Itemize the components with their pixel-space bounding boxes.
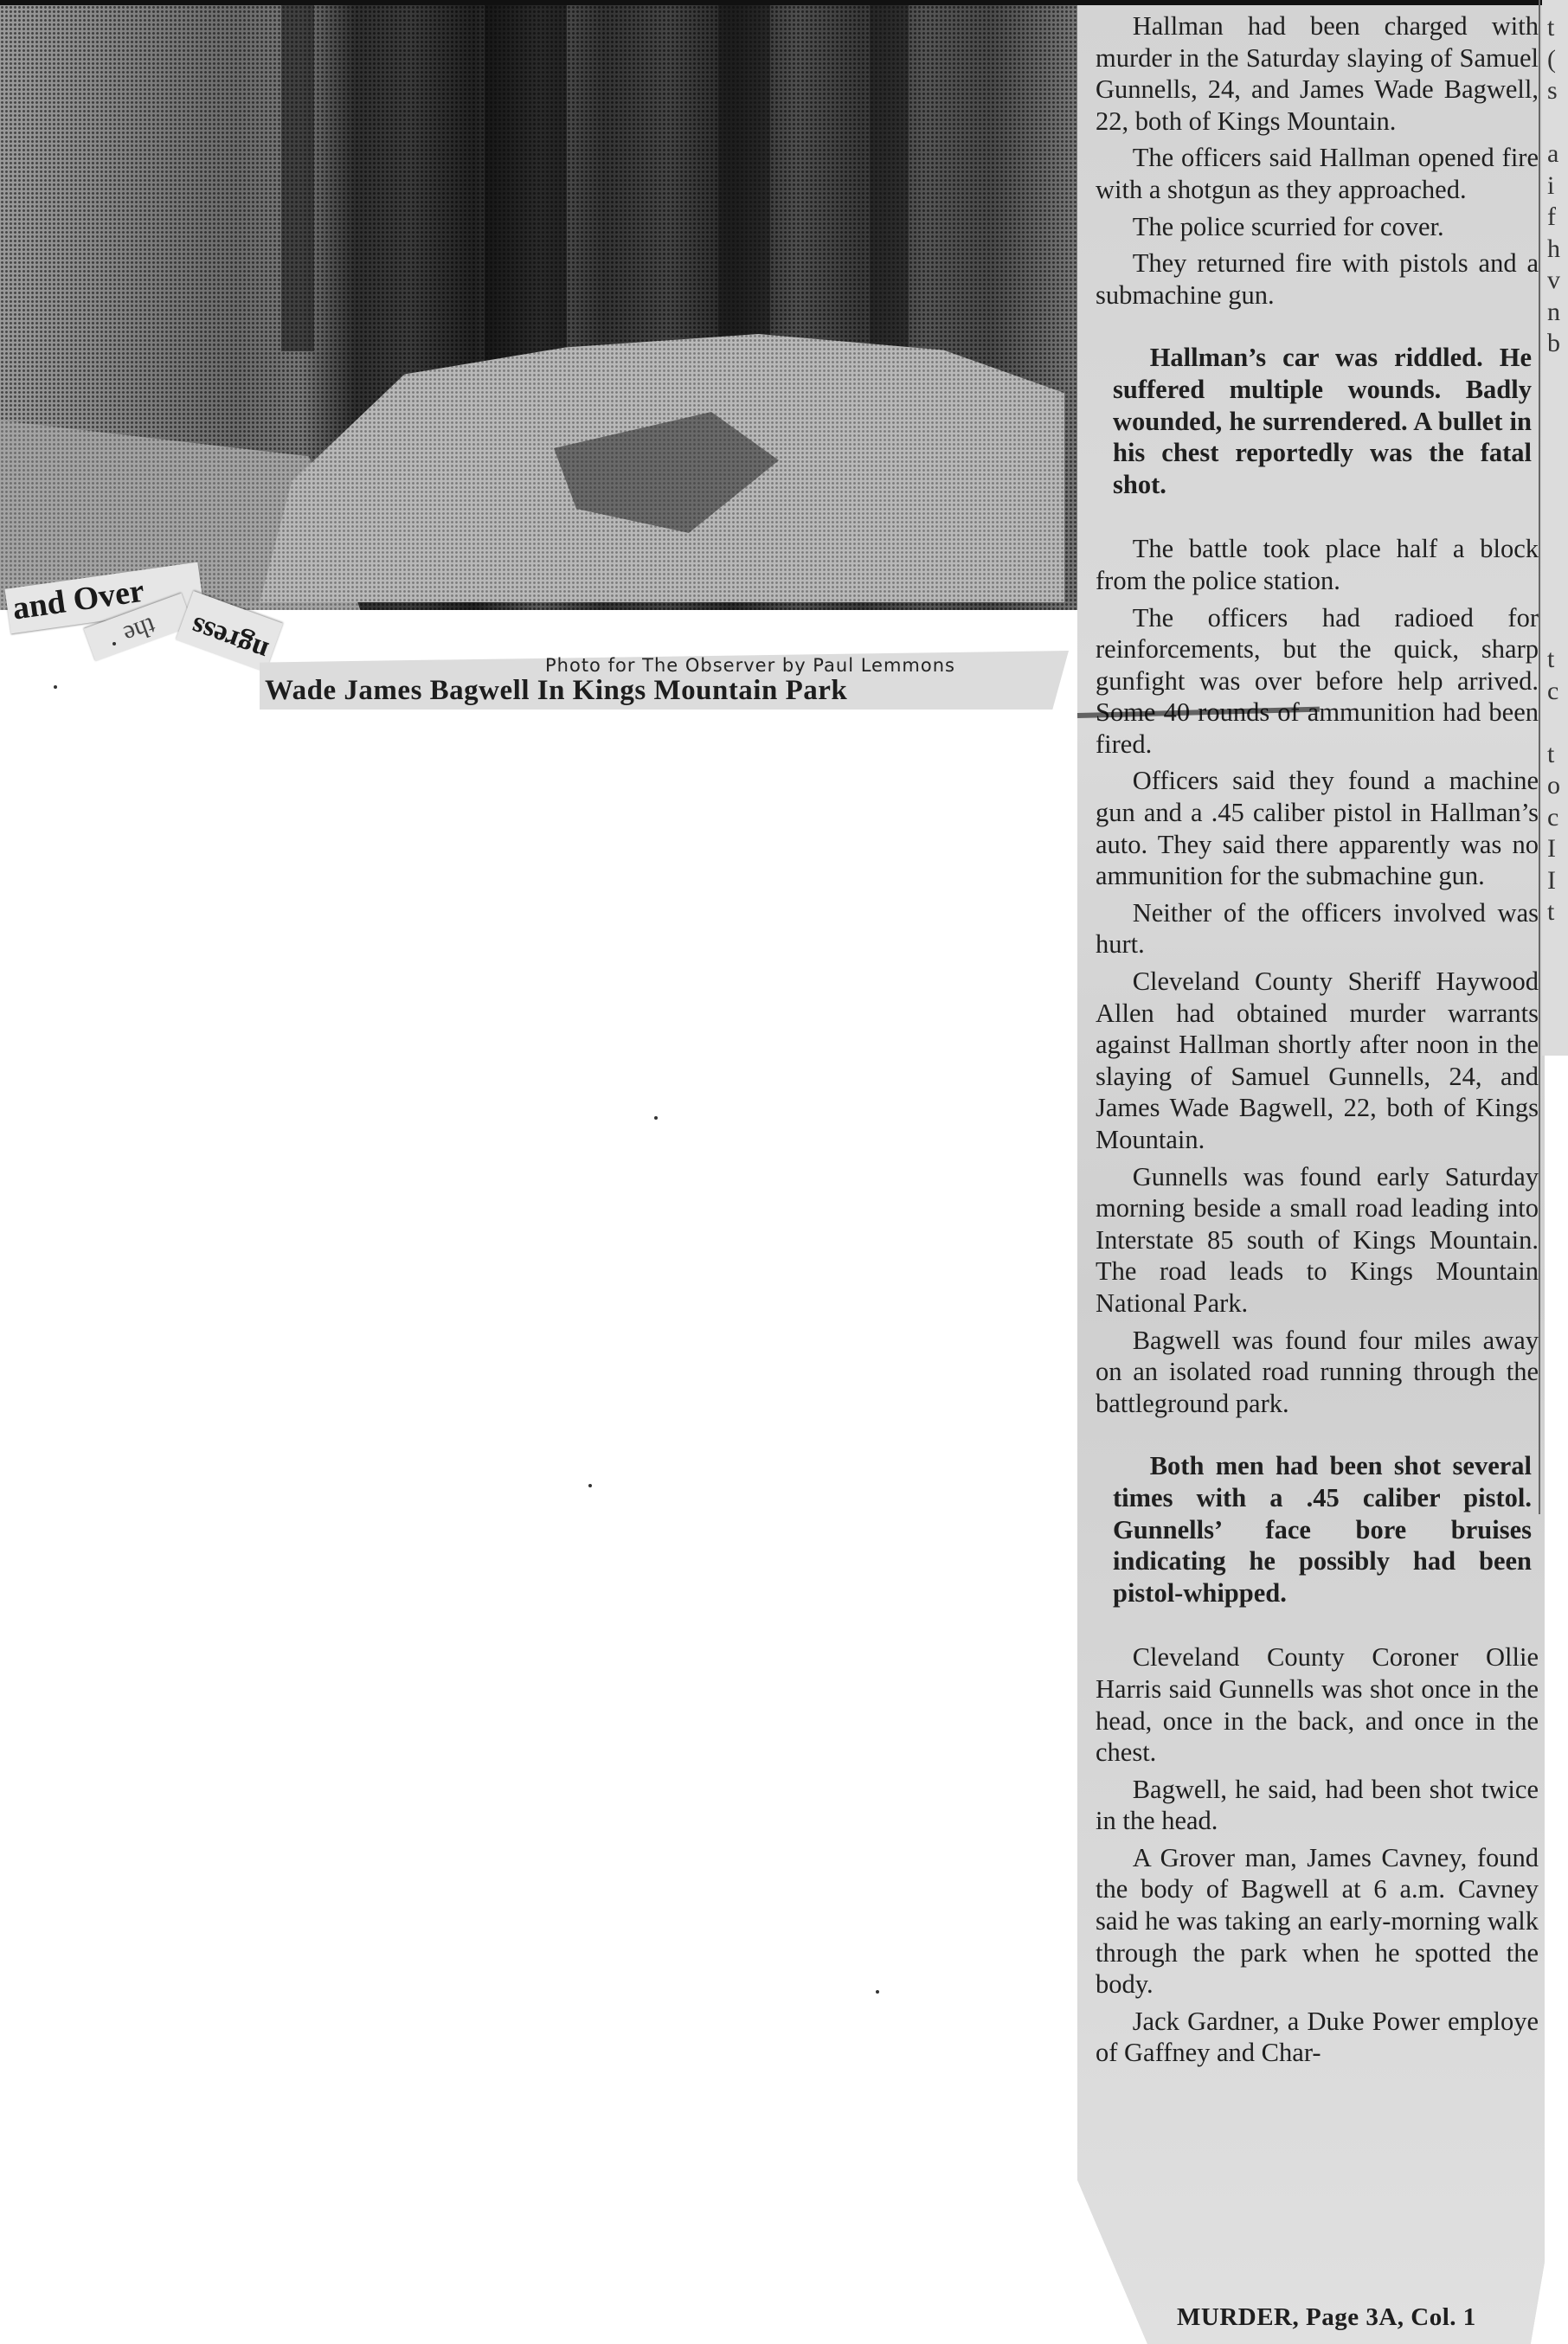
article-paragraph: Neither of the officers in­volved was hu… [1096,897,1539,960]
newspaper-clipping-page: and Over the ngress Photo for The Observ… [0,0,1568,2344]
article-body: Hallman had been charged with murder in … [1096,10,1539,2074]
halftone-photo [0,0,1077,610]
adjacent-column-letter [1547,707,1568,739]
adjacent-column-letter: c [1547,802,1568,834]
tree-trunk [870,5,909,369]
article-paragraph: The officers said Hallman opened fire wi… [1096,142,1539,205]
column-rule [1539,0,1540,1514]
adjacent-column-letter: t [1547,644,1568,676]
photo-caption: Wade James Bagwell In Kings Mountain Par… [265,675,847,707]
adjacent-column-letter [1547,581,1568,613]
article-paragraph: Bagwell was found four miles away on an … [1096,1325,1539,1420]
adjacent-column-letter: o [1547,770,1568,802]
adjacent-column-letter [1547,423,1568,455]
adjacent-column-letter: t [1547,739,1568,771]
article-paragraph: The police scurried for cover. [1096,211,1539,243]
tree-trunk [281,5,314,351]
adjacent-column-letter: t [1547,896,1568,928]
adjacent-column-letter [1547,549,1568,581]
scan-speck [588,1484,592,1487]
article-paragraph: The officers had radioed for reinforceme… [1096,602,1539,761]
adjacent-column-letter [1547,486,1568,518]
adjacent-column-letter: ( [1547,44,1568,76]
adjacent-column-letter: I [1547,865,1568,897]
article-paragraph: Cleveland County Coroner Ol­lie Harris s… [1096,1641,1539,1768]
adjacent-column-fragment: t(saifhvnbtctocIIt [1542,0,1568,1056]
scan-speck [654,1116,658,1120]
adjacent-column-letter: f [1547,202,1568,234]
article-paragraph: Bagwell, he said, had been shot twice in… [1096,1774,1539,1837]
article-paragraph: Gunnells was found early Sat­urday morni… [1096,1161,1539,1320]
adjacent-column-letter [1547,391,1568,423]
article-paragraph: They returned fire with pistols and a su… [1096,247,1539,311]
adjacent-column-letter: n [1547,297,1568,329]
adjacent-column-letter: s [1547,75,1568,107]
adjacent-column-letter [1547,107,1568,139]
adjacent-column-letter: i [1547,170,1568,202]
photo-credit: Photo for The Observer by Paul Lemmons [545,655,955,676]
article-paragraph: Jack Gardner, a Duke Power employe of Ga… [1096,2006,1539,2069]
adjacent-column-letter [1547,360,1568,392]
article-paragraph: Hallman’s car was riddled. He suffered m… [1096,342,1539,500]
tree-trunk [718,5,770,386]
adjacent-column-letter: v [1547,265,1568,297]
adjacent-column-letter: b [1547,328,1568,360]
adjacent-column-letter: I [1547,833,1568,865]
scan-speck [876,1990,879,1994]
adjacent-column-letter [1547,454,1568,486]
adjacent-column-letter: c [1547,676,1568,708]
article-paragraph: Both men had been shot sev­eral times wi… [1096,1450,1539,1609]
adjacent-column-letter [1547,517,1568,549]
article-paragraph: Hallman had been charged with murder in … [1096,10,1539,137]
scan-speck [54,685,57,689]
article-paragraph: A Grover man, James Cavney, found the bo… [1096,1842,1539,2000]
adjacent-column-letter: a [1547,138,1568,170]
adjacent-column-letter: h [1547,234,1568,266]
article-paragraph: The battle took place half a block from … [1096,533,1539,596]
adjacent-column-letter [1547,613,1568,645]
continuation-jump-line: MURDER, Page 3A, Col. 1 [1177,2303,1476,2332]
scan-speck [112,642,116,645]
article-paragraph: Cleveland County Sheriff Hay­wood Allen … [1096,966,1539,1156]
article-paragraph: Officers said they found a ma­chine gun … [1096,765,1539,891]
adjacent-column-letter: t [1547,12,1568,44]
